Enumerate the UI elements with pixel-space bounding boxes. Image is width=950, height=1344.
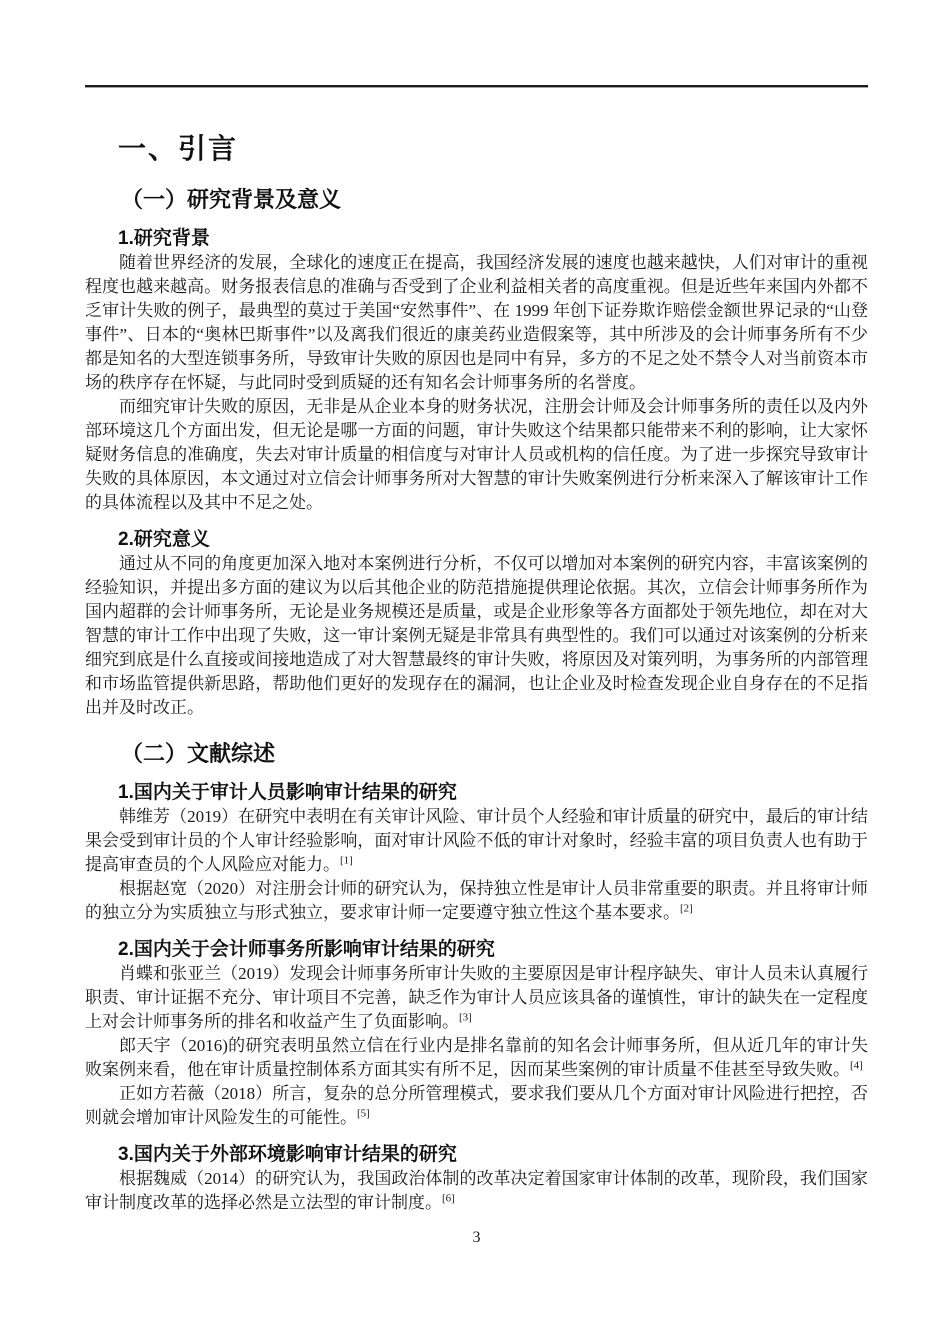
- paragraph-significance-1: 通过从不同的角度更加深入地对本案例进行分析，不仅可以增加对本案例的研究内容，丰富…: [85, 552, 868, 720]
- subsection-heading-research-significance: 2.研究意义: [85, 528, 868, 552]
- paragraph-text: 韩维芳（2019）在研究中表明在有关审计风险、审计员个人经验和审计质量的研究中，…: [85, 807, 868, 874]
- subsection-heading-environment-research: 3.国内关于外部环境影响审计结果的研究: [85, 1143, 868, 1167]
- paragraph-text: 郎天宇（2016)的研究表明虽然立信在行业内是排名靠前的知名会计师事务所，但从近…: [85, 1036, 868, 1079]
- page-number: 3: [85, 1229, 868, 1247]
- paragraph-literature-4: 郎天宇（2016)的研究表明虽然立信在行业内是排名靠前的知名会计师事务所，但从近…: [85, 1034, 868, 1082]
- footnote-ref-4: [4]: [850, 1059, 863, 1071]
- paragraph-text: 随着世界经济的发展，全球化的速度正在提高，我国经济发展的速度也越来越快，人们对审…: [85, 253, 868, 392]
- subsection-heading-auditor-research: 1.国内关于审计人员影响审计结果的研究: [85, 781, 868, 805]
- paragraph-text: 肖蝶和张亚兰（2019）发现会计师事务所审计失败的主要原因是审计程序缺失、审计人…: [85, 964, 868, 1031]
- footnote-ref-6: [6]: [442, 1192, 455, 1204]
- paragraph-background-2: 而细究审计失败的原因，无非是从企业本身的财务状况，注册会计师及会计师事务所的责任…: [85, 395, 868, 515]
- section-heading-background: （一）研究背景及意义: [85, 186, 868, 214]
- paragraph-literature-6: 根据魏威（2014）的研究认为，我国政治体制的改革决定着国家审计体制的改革，现阶…: [85, 1167, 868, 1215]
- footnote-ref-3: [3]: [459, 1011, 472, 1023]
- subsection-heading-firm-research: 2.国内关于会计师事务所影响审计结果的研究: [85, 938, 868, 962]
- section-heading-literature-review: （二）文献综述: [85, 740, 868, 768]
- paragraph-text: 根据魏威（2014）的研究认为，我国政治体制的改革决定着国家审计体制的改革，现阶…: [85, 1169, 868, 1212]
- document-page: 一、引言 （一）研究背景及意义 1.研究背景 随着世界经济的发展，全球化的速度正…: [0, 0, 950, 1344]
- subsection-heading-research-background: 1.研究背景: [85, 227, 868, 251]
- paragraph-text: 而细究审计失败的原因，无非是从企业本身的财务状况，注册会计师及会计师事务所的责任…: [85, 397, 868, 512]
- header-rule: [85, 85, 868, 88]
- chapter-heading: 一、引言: [85, 132, 868, 166]
- paragraph-background-1: 随着世界经济的发展，全球化的速度正在提高，我国经济发展的速度也越来越快，人们对审…: [85, 251, 868, 395]
- paragraph-text: 正如方若薇（2018）所言，复杂的总分所管理模式，要求我们要从几个方面对审计风险…: [85, 1084, 868, 1127]
- paragraph-literature-3: 肖蝶和张亚兰（2019）发现会计师事务所审计失败的主要原因是审计程序缺失、审计人…: [85, 962, 868, 1034]
- footnote-ref-2: [2]: [680, 902, 693, 914]
- paragraph-literature-5: 正如方若薇（2018）所言，复杂的总分所管理模式，要求我们要从几个方面对审计风险…: [85, 1082, 868, 1130]
- paragraph-literature-1: 韩维芳（2019）在研究中表明在有关审计风险、审计员个人经验和审计质量的研究中，…: [85, 805, 868, 877]
- footnote-ref-5: [5]: [357, 1107, 370, 1119]
- paragraph-text: 通过从不同的角度更加深入地对本案例进行分析，不仅可以增加对本案例的研究内容，丰富…: [85, 554, 868, 717]
- footnote-ref-1: [1]: [340, 854, 353, 866]
- paragraph-text: 根据赵宽（2020）对注册会计师的研究认为，保持独立性是审计人员非常重要的职责。…: [85, 879, 868, 922]
- paragraph-literature-2: 根据赵宽（2020）对注册会计师的研究认为，保持独立性是审计人员非常重要的职责。…: [85, 877, 868, 925]
